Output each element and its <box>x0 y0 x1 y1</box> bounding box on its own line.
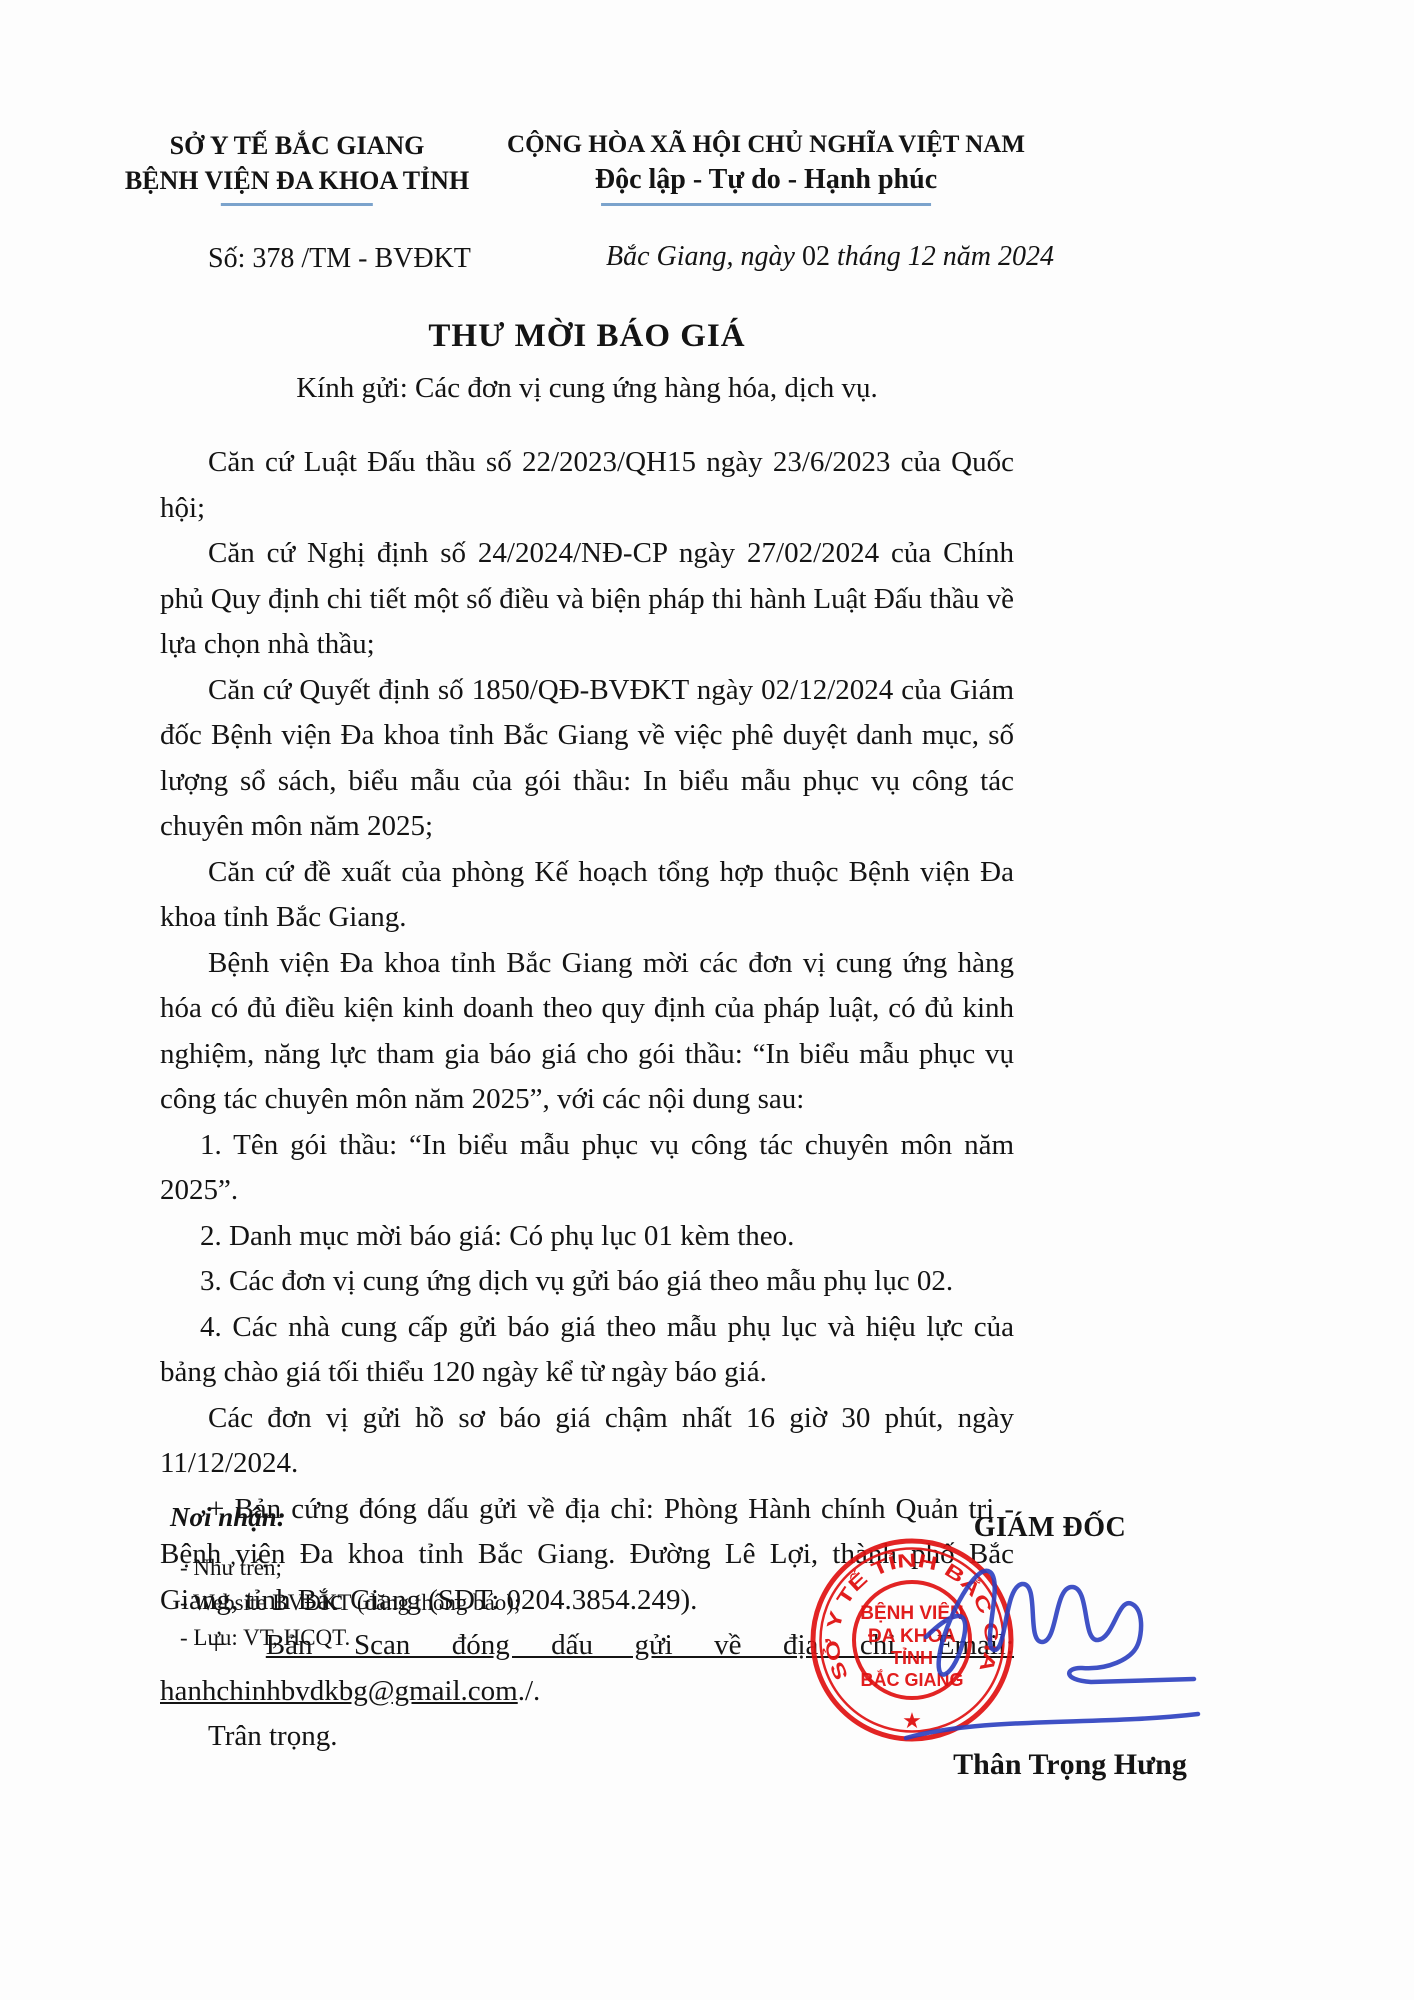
national-motto: Độc lập - Tự do - Hạnh phúc <box>507 162 1025 198</box>
national-header-block: CỘNG HÒA XÃ HỘI CHỦ NGHĨA VIỆT NAM Độc l… <box>507 128 1025 206</box>
org-name: BỆNH VIỆN ĐA KHOA TỈNH <box>125 163 469 198</box>
motto-underline <box>601 203 931 206</box>
deadline-line: Các đơn vị gửi hồ sơ báo giá chậm nhất 1… <box>160 1396 1014 1487</box>
recipient-item: - Website BVĐKT (đăng thông báo); <box>180 1585 520 1620</box>
org-parent-name: SỞ Y TẾ BẮC GIANG <box>125 128 469 163</box>
date-day: 02 <box>802 241 830 272</box>
place-and-date: Bắc Giang, ngày 02 tháng 12 năm 2024 <box>606 241 1054 273</box>
signer-name: Thân Trọng Hưng <box>880 1748 1260 1782</box>
paragraph: Căn cứ Nghị định số 24/2024/NĐ-CP ngày 2… <box>160 531 1014 668</box>
date-suffix: tháng 12 năm 2024 <box>830 241 1054 272</box>
email-line-tail: ./. <box>518 1675 541 1707</box>
salutation-line: Kính gửi: Các đơn vị cung ứng hàng hóa, … <box>160 372 1014 405</box>
handwritten-signature <box>886 1542 1226 1782</box>
list-item: 3. Các đơn vị cung ứng dịch vụ gửi báo g… <box>160 1259 1014 1305</box>
national-title: CỘNG HÒA XÃ HỘI CHỦ NGHĨA VIỆT NAM <box>507 128 1025 162</box>
paragraph: Bệnh viện Đa khoa tỉnh Bắc Giang mời các… <box>160 941 1014 1123</box>
list-item: 1. Tên gói thầu: “In biểu mẫu phục vụ cô… <box>160 1123 1014 1214</box>
document-page: SỞ Y TẾ BẮC GIANG BỆNH VIỆN ĐA KHOA TỈNH… <box>0 0 1414 2000</box>
date-prefix: Bắc Giang, ngày <box>606 241 802 272</box>
recipient-item: - Lưu: VT, HCQT. <box>180 1620 520 1655</box>
paragraph: Căn cứ Quyết định số 1850/QĐ-BVĐKT ngày … <box>160 668 1014 850</box>
list-item: 4. Các nhà cung cấp gửi báo giá theo mẫu… <box>160 1305 1014 1396</box>
page-title: THƯ MỜI BÁO GIÁ <box>160 318 1014 355</box>
recipients-list: - Như trên; - Website BVĐKT (đăng thông … <box>180 1550 520 1655</box>
issuing-org-block: SỞ Y TẾ BẮC GIANG BỆNH VIỆN ĐA KHOA TỈNH <box>125 128 469 206</box>
recipients-heading: Nơi nhận: <box>170 1502 286 1533</box>
list-item: 2. Danh mục mời báo giá: Có phụ lục 01 k… <box>160 1214 1014 1260</box>
document-number: Số: 378 /TM - BVĐKT <box>208 243 471 275</box>
recipient-item: - Như trên; <box>180 1550 520 1585</box>
org-underline <box>221 203 373 206</box>
paragraph: Căn cứ Luật Đấu thầu số 22/2023/QH15 ngà… <box>160 440 1014 531</box>
paragraph: Căn cứ đề xuất của phòng Kế hoạch tổng h… <box>160 850 1014 941</box>
